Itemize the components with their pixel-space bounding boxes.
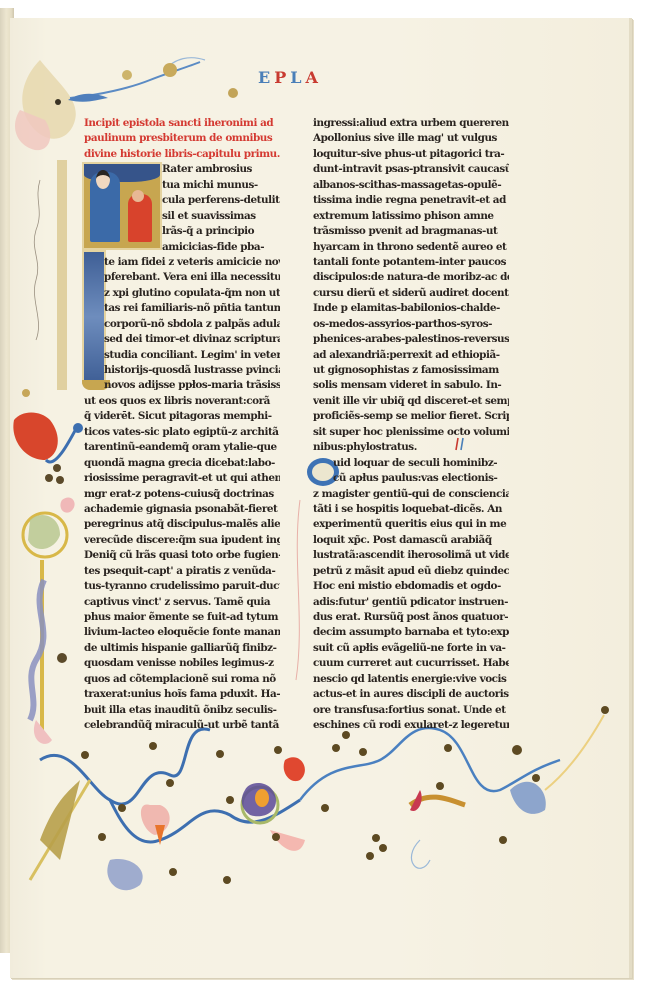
running-head-letter-a: A [305, 68, 321, 87]
text-line: celebrandũq̃ miraculũ-ut urbẽ tantã [84, 718, 280, 733]
text-line: captivus vinct' z servus. Tamẽ quia [84, 595, 280, 610]
rubric-line: Incipit epistola sancti iheronimi ad [84, 116, 280, 131]
text-line: eschines cũ rodi exularet-z legeretur [313, 718, 509, 733]
text-line: sit super hoc plenissime octo volumi- [313, 425, 509, 440]
text-line: ut gignosophistas z famosissimam [313, 363, 509, 378]
text-line: te iam fidei z veteris amicicie nova: [84, 255, 280, 270]
text-line: Hoc eni mistio ebdomadis et ogdo- [313, 579, 509, 594]
text-line: Deniq̃ cũ lrãs quasi toto orbe fugien- [84, 548, 280, 563]
text-line: tantali fonte potantem-inter paucos [313, 255, 509, 270]
text-line: albanos-scithas-massagetas-opulẽ- [313, 178, 509, 193]
text-line: loquit xp̃c. Post damascũ arabiãq̃ [313, 533, 509, 548]
text-line: cũ apłus paulus:vas electionis- [313, 471, 509, 486]
text-line: mgr erat-z potens-cuiusq̃ doctrinas [84, 487, 280, 502]
text-line: cula perferens-detulit [84, 193, 280, 208]
text-line: livium-lacteo eloquẽcie fonte manantẽ- [84, 625, 280, 640]
text-line: tua michi munus- [84, 178, 280, 193]
text-line: tissima indie regna penetravit-et ad [313, 193, 509, 208]
text-line: ticos vates-sic plato egiptũ-z architã [84, 425, 280, 440]
text-line: os-medos-assyrios-parthos-syros- [313, 317, 509, 332]
text-line: Apollonius sive ille mag' ut vulgus [313, 131, 509, 146]
text-line: suit cũ apłis evãgeliũ-ne forte in va- [313, 641, 509, 656]
text-line: tes psequit-capt' a piratis z venũda- [84, 564, 280, 579]
text-line: corporũ-nõ sbdola z palpãs adulacõ- [84, 317, 280, 332]
text-line: adis:futur' gentiũ pdicator instruen- [313, 595, 509, 610]
text-line: solis mensam videret in sabulo. In- [313, 378, 509, 393]
running-head-letter-p: P [274, 68, 290, 87]
text-line: Rater ambrosius [84, 162, 280, 177]
text-line: pferebant. Vera eni illa necessitudo ẽ- [84, 270, 280, 285]
text-column-right: ingressi:aliud extra urbem quererent. Ap… [313, 116, 509, 734]
text-line: dus erat. Rursũq̃ post ãnos quatuor- [313, 610, 509, 625]
text-line: cursu dierũ et siderũ audiret docentem. [313, 286, 509, 301]
running-head-letter-e: E [258, 68, 274, 87]
text-line: dunt-intravit psas-ptransivit caucasũ- [313, 162, 509, 177]
text-line: discipulos:de natura-de moribz-ac de [313, 270, 509, 285]
text-line: sil et suavissimas [84, 209, 280, 224]
text-line: quondã magna grecia dicebat:labo- [84, 456, 280, 471]
text-line: experimentũ queritis eius qui in me [313, 517, 509, 532]
text-line: tus-tyranno crudelissimo paruit-duct' [84, 579, 280, 594]
text-line: cuum curreret aut cucurrisset. Habet [313, 656, 509, 671]
text-line: buit illa etas inauditũ õnibz seculis- [84, 703, 280, 718]
text-line: proficiẽs-semp se melior fieret. Scrip- [313, 409, 509, 424]
text-line: tarentinũ-eandemq̃ oram ytalie-que [84, 440, 280, 455]
text-line: traxerat:unius hoĩs fama pduxit. Ha- [84, 687, 280, 702]
rubric-line: divine historie libris-capitulu primu. [84, 147, 280, 162]
text-line: historijs-quosdã lustrasse pvincias- [84, 363, 280, 378]
text-line: tãti i se hospitis loquebat-dicẽs. An [313, 502, 509, 517]
text-line: lrãs-q̃ a principio [84, 224, 280, 239]
text-line: tas rei familiaris-nõ pñtia tantum [84, 301, 280, 316]
text-line: amicicias-fide pba- [84, 240, 280, 255]
text-line: q̃ viderēt. Sicut pitagoras memphi- [84, 409, 280, 424]
text-line: phenices-arabes-palestinos-reversus [313, 332, 509, 347]
text-line: actus-et in aures discipli de auctoris [313, 687, 509, 702]
text-line: z magister gentiũ-qui de consciencia [313, 487, 509, 502]
text-line: hyarcam in throno sedentẽ aureo et de [313, 240, 509, 255]
text-line: quos ad cõtemplacionẽ sui roma nõ [84, 672, 280, 687]
text-line: z xpi glutino copulata-q̃m non utili- [84, 286, 280, 301]
text-line: ore transfusa:fortius sonat. Unde et [313, 703, 509, 718]
text-line: extremum latissimo phison amne [313, 209, 509, 224]
text-line: riosissime peragravit-et ut qui athenis [84, 471, 280, 486]
text-line: decim assumpto barnaba et tyto:expo- [313, 625, 509, 640]
text-line: verecũde discere:q̃m sua ipudent ingerẽ. [84, 533, 280, 548]
text-line: sed dei timor-et divinaz scripturarũ [84, 332, 280, 347]
text-line: petrũ z mãsit apud eũ diebz quindeci. [313, 564, 509, 579]
text-line: peregrinus atq̃ discipulus-malẽs aliena [84, 517, 280, 532]
text-line: venit ille vir ubiq̃ qd disceret-et semp [313, 394, 509, 409]
text-line: phus maior ẽmente se fuit-ad tytum [84, 610, 280, 625]
rubric-line: paulinum presbiterum de omnibus [84, 131, 280, 146]
text-line: uid loquar de seculi hominibz- [313, 456, 509, 471]
text-line: ut eos quos ex libris noverant:corã [84, 394, 280, 409]
text-column-left: Incipit epistola sancti iheronimi ad pau… [84, 116, 280, 734]
text-line: trãsmisso pvenit ad bragmanas-ut [313, 224, 509, 239]
text-line: novos adijsse ppłos-maria trãsisse- [84, 378, 280, 393]
text-line: nibus:phylostratus. [313, 440, 509, 455]
text-line: nescio qd latentis energie:vive vocis [313, 672, 509, 687]
text-line: Inde p elamitas-babilonios-chalde- [313, 301, 509, 316]
text-line: loquitur-sive phus-ut pitagorici tra- [313, 147, 509, 162]
text-line: quosdam venisse nobiles legimus-z [84, 656, 280, 671]
running-head-letter-l: L [290, 68, 305, 87]
text-line: achademie gignasia psonabãt-fieret [84, 502, 280, 517]
page-edge [629, 18, 632, 978]
text-line: ingressi:aliud extra urbem quererent. [313, 116, 509, 131]
text-line: studia conciliant. Legim' in veteribz [84, 348, 280, 363]
text-line: lustratã:ascendit iherosolimã ut videt [313, 548, 509, 563]
running-head: EPLA [258, 68, 322, 87]
text-line: de ultimis hispanie galliarũq̃ finibz- [84, 641, 280, 656]
text-line: ad alexandriã:perrexit ad ethiopiã- [313, 348, 509, 363]
